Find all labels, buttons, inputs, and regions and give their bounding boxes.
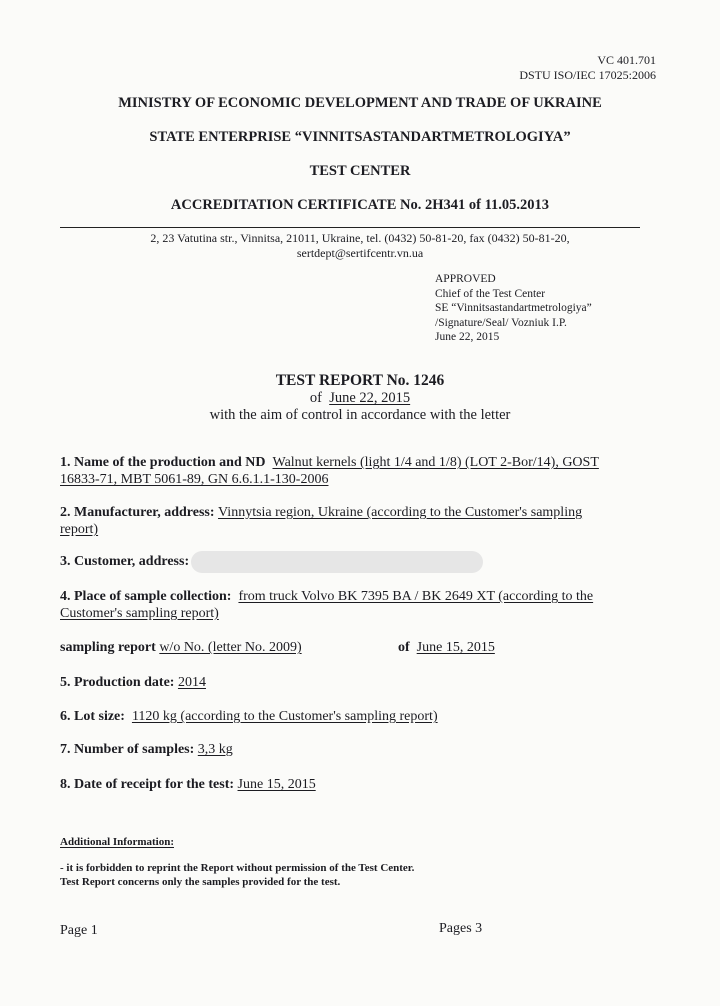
production-standards: 16833-71, MBT 5061-89, GN 6.6.1.1-130-20… [60, 472, 328, 487]
address-block: 2, 23 Vatutina str., Vinnitsa, 21011, Uk… [0, 231, 720, 261]
field-customer: 3. Customer, address: [60, 551, 660, 573]
receipt-date-label: 8. Date of receipt for the test: [60, 777, 234, 792]
samples-notice: Test Report concerns only the samples pr… [60, 875, 414, 889]
lot-size-label: 6. Lot size: [60, 709, 125, 724]
field-samples: 7. Number of samples: 3,3 kg [60, 741, 660, 758]
report-date: June 22, 2015 [329, 390, 410, 406]
field-receipt-date: 8. Date of receipt for the test: June 15… [60, 776, 660, 793]
report-of-label: of [310, 390, 322, 406]
accreditation-heading: ACCREDITATION CERTIFICATE No. 2H341 of 1… [0, 197, 720, 214]
additional-info: Additional Information: - it is forbidde… [60, 835, 414, 889]
sampling-report-value: w/o No. (letter No. 2009) [159, 640, 301, 655]
field-lot-size: 6. Lot size: 1120 kg (according to the C… [60, 708, 660, 725]
manufacturer-label: 2. Manufacturer, address: [60, 505, 215, 520]
page-count: Pages 3 [439, 921, 482, 937]
address-line: 2, 23 Vatutina str., Vinnitsa, 21011, Uk… [0, 231, 720, 246]
field-production-date: 5. Production date: 2014 [60, 674, 660, 691]
standard-codes: VC 401.701 DSTU ISO/IEC 17025:2006 [519, 53, 656, 83]
samples-label: 7. Number of samples: [60, 742, 194, 757]
production-date-label: 5. Production date: [60, 675, 174, 690]
report-aim: with the aim of control in accordance wi… [0, 407, 720, 424]
report-title-block: TEST REPORT No. 1246 of June 22, 2015 wi… [0, 372, 720, 424]
redacted-customer-address [191, 551, 483, 573]
approver-signature: /Signature/Seal/ Vozniuk I.P. [435, 316, 592, 331]
production-date-value: 2014 [178, 675, 206, 690]
approval-date: June 22, 2015 [435, 330, 592, 345]
ministry-heading: MINISTRY OF ECONOMIC DEVELOPMENT AND TRA… [0, 95, 720, 112]
code-dstu: DSTU ISO/IEC 17025:2006 [519, 68, 656, 83]
approved-label: APPROVED [435, 272, 592, 287]
customer-label: 3. Customer, address: [60, 554, 189, 569]
field-production: 1. Name of the production and ND Walnut … [60, 454, 660, 488]
lot-size-value: 1120 kg (according to the Customer's sam… [132, 709, 438, 724]
field-manufacturer: 2. Manufacturer, address: Vinnytsia regi… [60, 504, 660, 538]
sample-place-value: from truck Volvo BK 7395 BA / BK 2649 XT… [238, 589, 593, 604]
sampling-report-label: sampling report [60, 640, 156, 655]
page-number: Page 1 [60, 923, 98, 939]
sample-place-label: 4. Place of sample collection: [60, 589, 231, 604]
field-sampling-report: sampling report w/o No. (letter No. 2009… [60, 639, 660, 656]
enterprise-heading: STATE ENTERPRISE “VINNITSASTANDARTMETROL… [0, 129, 720, 146]
email-line: sertdept@sertifcentr.vn.ua [0, 246, 720, 261]
approver-title: Chief of the Test Center [435, 287, 592, 302]
manufacturer-value-cont: report) [60, 522, 98, 537]
additional-info-heading: Additional Information: [60, 835, 414, 849]
samples-value: 3,3 kg [198, 742, 233, 757]
production-value: Walnut kernels (light 1/4 and 1/8) (LOT … [272, 455, 598, 470]
code-vc: VC 401.701 [519, 53, 656, 68]
sampling-date: June 15, 2015 [417, 640, 495, 655]
header-divider [60, 227, 640, 228]
sampling-of-label: of [398, 640, 410, 655]
center-heading: TEST CENTER [0, 163, 720, 180]
report-title: TEST REPORT No. 1246 [276, 372, 445, 389]
production-label: 1. Name of the production and ND [60, 455, 265, 470]
reprint-notice: - it is forbidden to reprint the Report … [60, 861, 414, 875]
approval-block: APPROVED Chief of the Test Center SE “Vi… [435, 272, 592, 345]
receipt-date-value: June 15, 2015 [238, 777, 316, 792]
field-sample-place: 4. Place of sample collection: from truc… [60, 588, 660, 622]
approver-org: SE “Vinnitsastandartmetrologiya” [435, 301, 592, 316]
manufacturer-value: Vinnytsia region, Ukraine (according to … [218, 505, 582, 520]
sample-place-value-cont: Customer's sampling report) [60, 606, 219, 621]
